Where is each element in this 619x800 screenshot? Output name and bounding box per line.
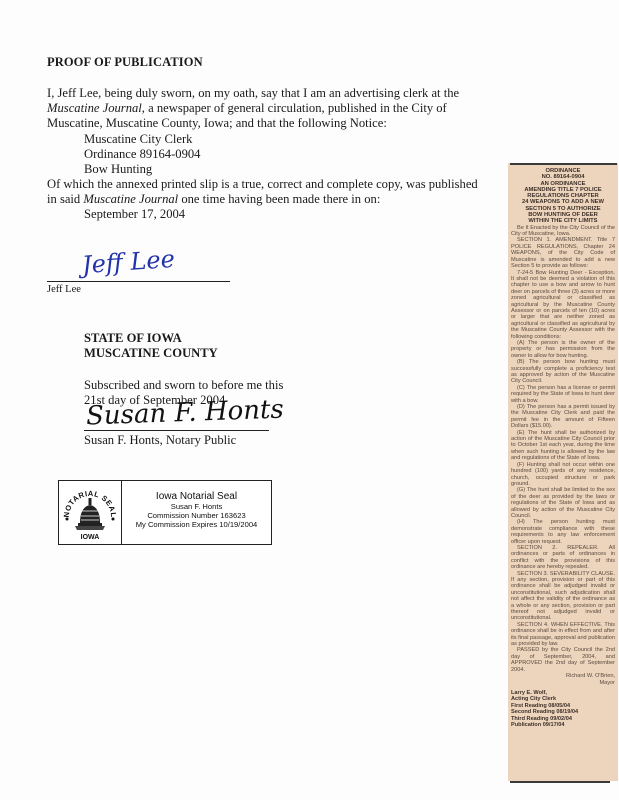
clipping-paragraph: SECTION 4. WHEN EFFECTIVE. This ordinanc… (508, 622, 618, 648)
affidavit-line-4: Of which the annexed printed slip is a t… (47, 177, 478, 192)
signature-notary: Susan F. Honts (86, 395, 285, 432)
affidavit-line-1: I, Jeff Lee, being duly sworn, on my oat… (47, 86, 459, 101)
clipping-bottom-rule (510, 781, 610, 783)
notarial-seal-stamp: NOTARIAL SEAL IOWA Iowa Notarial Seal Su… (58, 480, 272, 545)
clipping-paragraph: (D) The person has a permit issued by th… (508, 404, 618, 430)
clipping-paragraph: SECTION 3. SEVERABILITY CLAUSE. If any s… (508, 571, 618, 622)
clipping-paragraph: (B) The person bow hunting must successf… (508, 359, 618, 385)
seal-expiration: My Commission Expires 10/19/2004 (122, 520, 271, 529)
affidavit-line-3: Muscatine, Muscatine County, Iowa; and t… (47, 116, 387, 131)
notice-item-subject: Bow Hunting (84, 162, 152, 177)
clipping-paragraph: (A) The person is the owner of the prope… (508, 340, 618, 359)
affidavit-line-2-text: , a newspaper of general circulation, pu… (142, 101, 447, 115)
clipping-footer: Larry E. Wolf,Acting City ClerkFirst Rea… (508, 690, 618, 728)
clipping-paragraph: (G) The hunt shall be limited to the sex… (508, 487, 618, 519)
publication-date: September 17, 2004 (84, 207, 185, 222)
affidavit-line-5: in said Muscatine Journal one time havin… (47, 192, 380, 207)
affidavit-line-2: Muscatine Journal, a newspaper of genera… (47, 101, 447, 116)
jurat-line-1: Subscribed and sworn to before me this (84, 378, 283, 393)
clipping-paragraph: (E) The hunt shall be authorized by acti… (508, 430, 618, 462)
newspaper-name-2: Muscatine Journal (83, 192, 178, 206)
notice-item-clerk: Muscatine City Clerk (84, 132, 192, 147)
clipping-paragraph: SECTION 2. REPEALER. All ordinances or p… (508, 545, 618, 571)
clipping-headline-line: 24 WEAPONS TO ADD A NEW (508, 199, 618, 205)
clipping-paragraph: PASSED by the City Council the 2nd day o… (508, 647, 618, 673)
affidavit-line-5-text: one time having been made there in on: (178, 192, 380, 206)
notary-signature-line (84, 430, 269, 431)
seal-commission-number: Commission Number 163623 (122, 511, 271, 520)
clipping-footer-line: Publication 09/17/04 (508, 722, 618, 728)
notarial-seal-icon: NOTARIAL SEAL IOWA (59, 481, 122, 544)
signature-jeff-lee: Jeff Lee (81, 245, 176, 279)
clipping-paragraph: 7-24-5 Bow Hunting Deer - Exception. It … (508, 270, 618, 340)
clipping-paragraph: (C) The person has a license or permit r… (508, 385, 618, 404)
clipping-paragraph: (F) Hunting shall not occur within one h… (508, 462, 618, 488)
notary-name: Susan F. Honts, Notary Public (84, 433, 236, 448)
seal-title: Iowa Notarial Seal (122, 491, 271, 502)
clipping-top-rule (510, 163, 617, 165)
clipping-paragraph: Be It Enacted by the City Council of the… (508, 225, 618, 238)
signature-line (47, 281, 230, 282)
signer-name: Jeff Lee (47, 284, 81, 295)
venue-county: MUSCATINE COUNTY (84, 346, 218, 361)
clipping-paragraph: SECTION 1. AMENDMENT. Title 7 POLICE REG… (508, 237, 618, 269)
svg-text:IOWA: IOWA (81, 534, 100, 541)
clipping-body: Be It Enacted by the City Council of the… (508, 225, 618, 673)
seal-notary-name: Susan F. Honts (122, 502, 271, 511)
newspaper-clipping: ORDINANCENO. 89164-0904AN ORDINANCEAMEND… (508, 163, 618, 781)
clipping-headline: ORDINANCENO. 89164-0904AN ORDINANCEAMEND… (508, 168, 618, 225)
clipping-paragraph: (H) The person hunting must demonstrate … (508, 519, 618, 545)
newspaper-name: Muscatine Journal (47, 101, 142, 115)
notice-item-ordinance: Ordinance 89164-0904 (84, 147, 200, 162)
venue-state: STATE OF IOWA (84, 331, 182, 346)
affidavit-line-5-pre: in said (47, 192, 83, 206)
seal-text: Iowa Notarial Seal Susan F. Honts Commis… (122, 481, 271, 544)
document-title: PROOF OF PUBLICATION (47, 55, 203, 70)
